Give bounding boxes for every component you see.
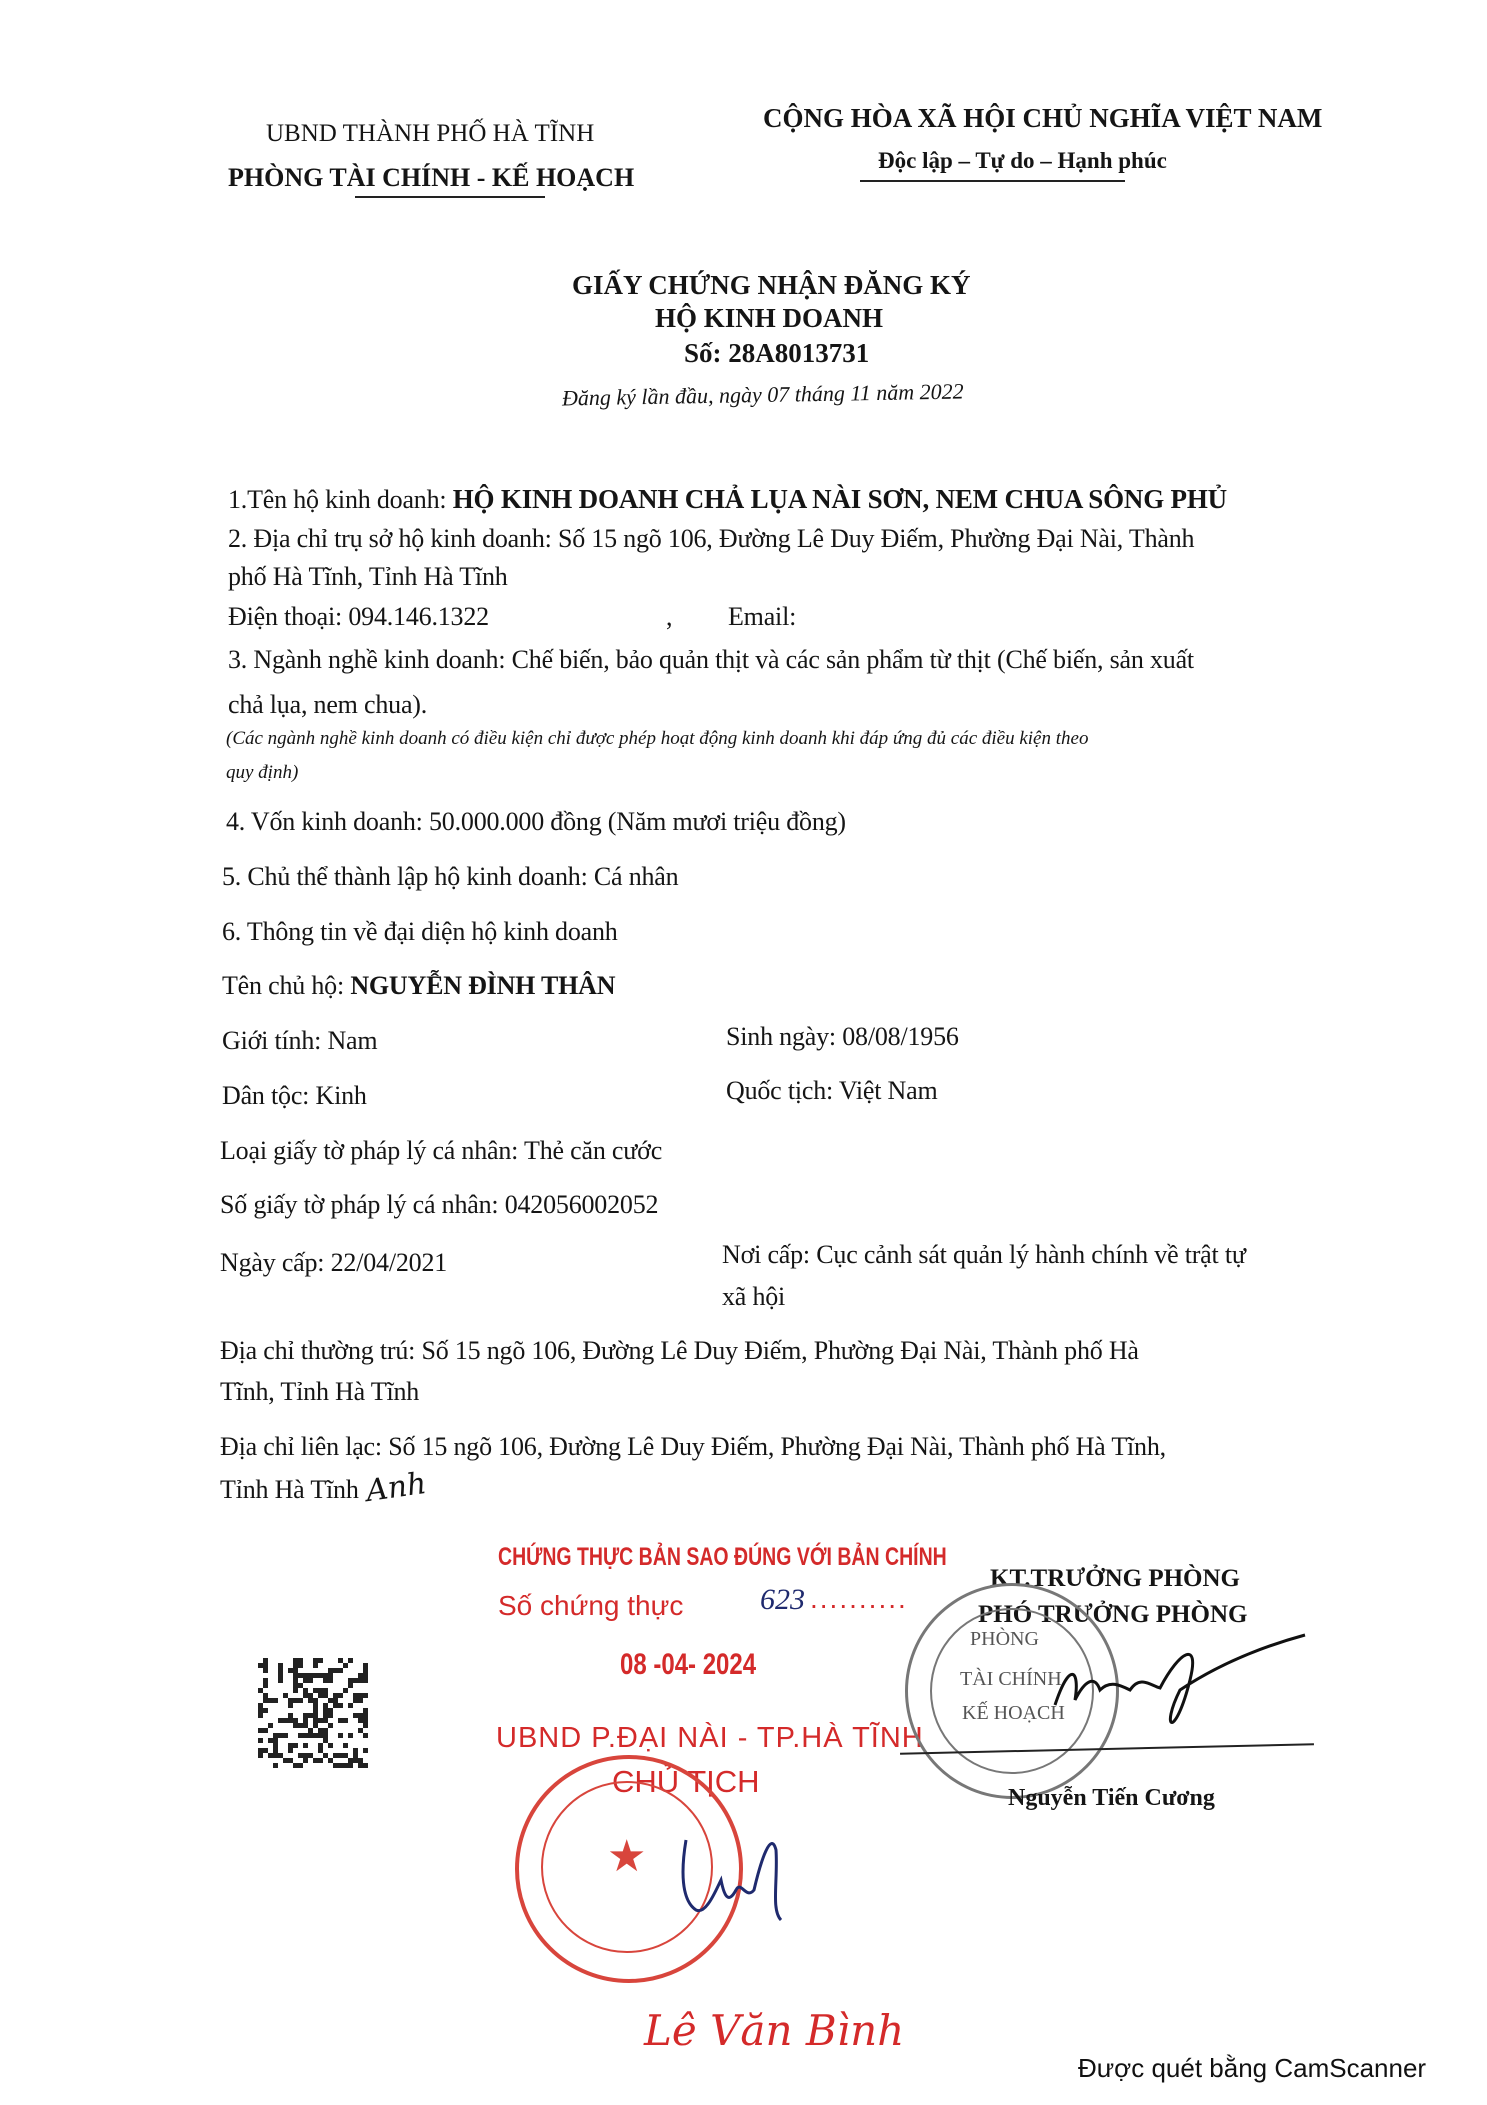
chairman-name: Lê Văn Bình [644, 2006, 904, 2055]
motto-underline [860, 180, 1125, 182]
document-title: GIẤY CHỨNG NHẬN ĐĂNG KÝ [572, 270, 971, 301]
owner-label: Tên chủ hộ: [222, 971, 344, 1000]
industry-line-1: 3. Ngành nghề kinh doanh: Chế biến, bảo … [228, 645, 1194, 675]
email: Email: [728, 602, 796, 632]
scanner-watermark: Được quét bằng CamScanner [1078, 2053, 1426, 2084]
authority-line-2: PHÒNG TÀI CHÍNH - KẾ HOẠCH [228, 163, 634, 193]
industry-note-line-1: (Các ngành nghề kinh doanh có điều kiện … [226, 728, 1088, 750]
id-issue-place-line-2: xã hội [722, 1282, 785, 1312]
certification-stamp-title: CHỨNG THỰC BẢN SAO ĐÚNG VỚI BẢN CHÍNH [498, 1543, 947, 1572]
date-of-birth: Sinh ngày: 08/08/1956 [726, 1022, 959, 1052]
phone: Điện thoại: 094.146.1322 [228, 602, 489, 632]
business-name-value: HỘ KINH DOANH CHẢ LỤA NÀI SƠN, NEM CHUA … [453, 484, 1227, 514]
nationality: Quốc tịch: Việt Nam [726, 1076, 938, 1106]
industry-line-2: chả lụa, nem chua). [228, 690, 427, 720]
industry-note-line-2: quy định) [226, 762, 298, 784]
handwritten-initials: Anh [364, 1466, 429, 1509]
address-line-1: 2. Địa chỉ trụ sở hộ kinh doanh: Số 15 n… [228, 524, 1194, 554]
gender: Giới tính: Nam [222, 1026, 377, 1056]
business-name-label: 1.Tên hộ kinh doanh: [228, 485, 446, 514]
representative-heading: 6. Thông tin về đại diện hộ kinh doanh [222, 917, 618, 947]
star-icon: ★ [607, 1831, 646, 1882]
founder-type: 5. Chủ thể thành lập hộ kinh doanh: Cá n… [222, 862, 678, 892]
certification-number-dots: .......... [810, 1583, 908, 1615]
phone-separator: , [666, 602, 672, 632]
permanent-address-line-1: Địa chỉ thường trú: Số 15 ngõ 106, Đường… [220, 1336, 1139, 1366]
owner-name: NGUYỄN ĐÌNH THÂN [350, 971, 615, 1000]
deputy-head-signature [1050, 1630, 1310, 1750]
document-subtitle: HỘ KINH DOANH [655, 303, 883, 334]
business-name-row: 1.Tên hộ kinh doanh: HỘ KINH DOANH CHẢ L… [228, 484, 1227, 515]
department-seal-line-2: TÀI CHÍNH [960, 1668, 1062, 1691]
id-issue-place-line-1: Nơi cấp: Cục cảnh sát quản lý hành chính… [722, 1240, 1246, 1270]
department-seal-line-1: PHÒNG [970, 1628, 1039, 1651]
owner-row: Tên chủ hộ: NGUYỄN ĐÌNH THÂN [222, 971, 615, 1001]
nation-line-1: CỘNG HÒA XÃ HỘI CHỦ NGHĨA VIỆT NAM [763, 103, 1322, 134]
permanent-address-line-2: Tĩnh, Tỉnh Hà Tĩnh [220, 1377, 419, 1407]
deputy-head-name: Nguyễn Tiến Cương [1008, 1785, 1215, 1812]
certification-date: 08 -04- 2024 [620, 1648, 756, 1682]
certification-number-label: Số chứng thực [498, 1590, 683, 1622]
id-type: Loại giấy tờ pháp lý cá nhân: Thẻ căn cư… [220, 1136, 662, 1166]
contact-address-line-2: Tỉnh Hà Tĩnh [220, 1475, 359, 1505]
certification-authority: UBND P.ĐẠI NÀI - TP.HÀ TĨNH [496, 1722, 924, 1755]
id-number: Số giấy tờ pháp lý cá nhân: 042056002052 [220, 1190, 658, 1220]
certification-number-handwritten: 623 [760, 1583, 805, 1617]
authority-underline [355, 196, 545, 198]
registration-date: Đăng ký lần đầu, ngày 07 tháng 11 năm 20… [562, 378, 964, 411]
contact-address-line-1: Địa chỉ liên lạc: Số 15 ngõ 106, Đường L… [220, 1432, 1166, 1462]
certificate-number: Số: 28A8013731 [684, 338, 869, 369]
ethnicity: Dân tộc: Kinh [222, 1081, 367, 1111]
business-capital: 4. Vốn kinh doanh: 50.000.000 đồng (Năm … [226, 807, 846, 837]
id-issue-date: Ngày cấp: 22/04/2021 [220, 1248, 447, 1278]
qr-code-icon [258, 1658, 368, 1768]
chairman-signature [676, 1820, 786, 1930]
authority-line-1: UBND THÀNH PHỐ HÀ TĨNH [266, 120, 594, 148]
nation-motto: Độc lập – Tự do – Hạnh phúc [878, 148, 1167, 174]
address-line-2: phố Hà Tĩnh, Tỉnh Hà Tĩnh [228, 562, 508, 592]
